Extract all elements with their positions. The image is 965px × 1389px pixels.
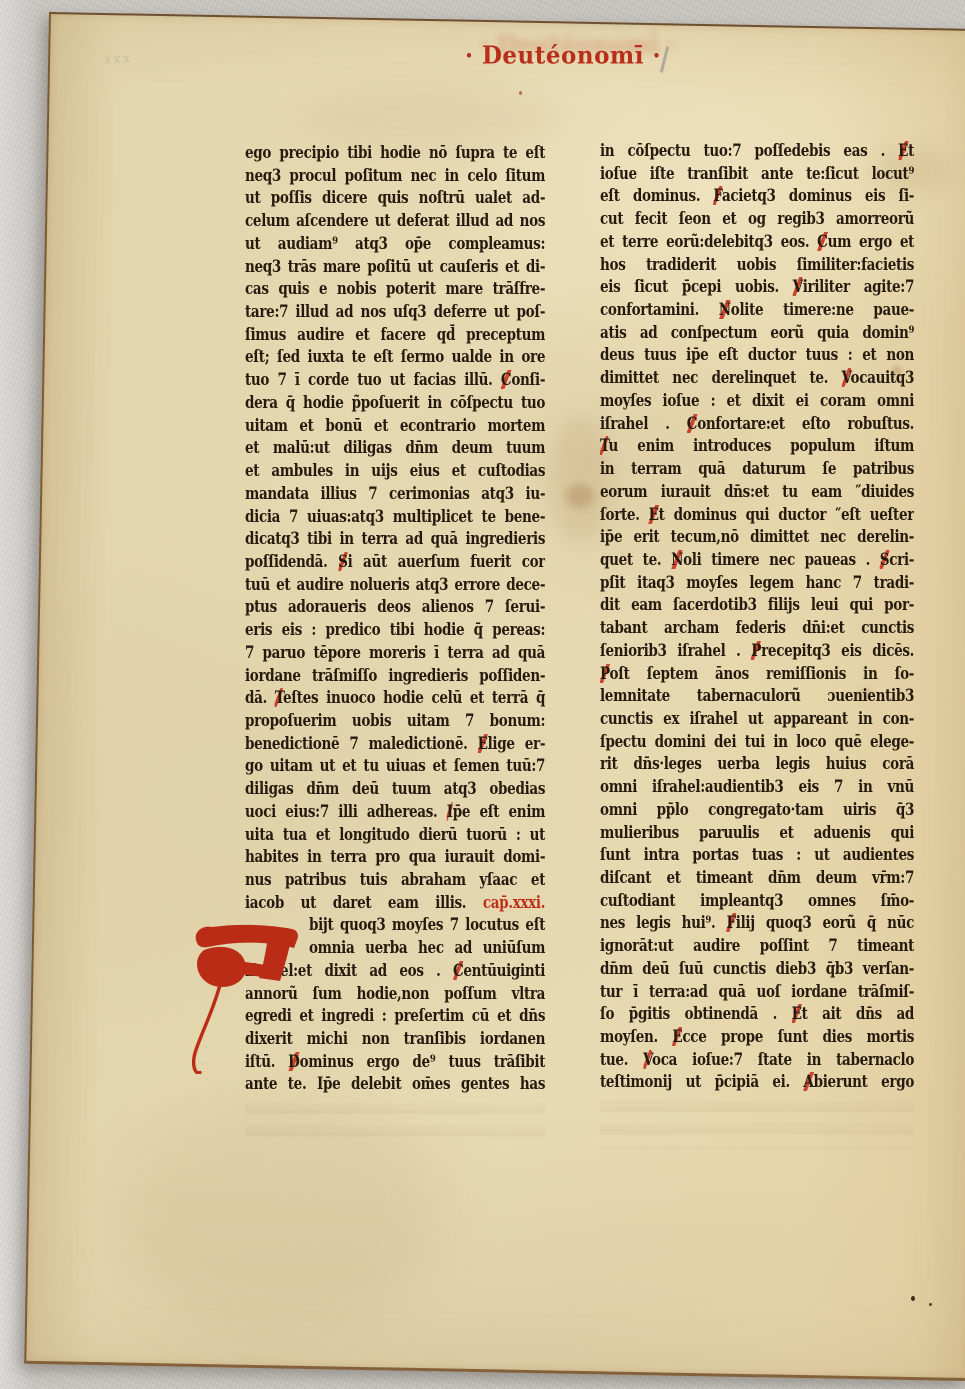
- text-line: cuſtodiant impleantq3 omnes ſm̄o-: [600, 890, 914, 913]
- text-line: nus patribus tuis abraham yſaac et: [245, 869, 545, 892]
- text-line: pſit itaq3 moyſes legem hanc 7 tradi-: [600, 572, 914, 595]
- text-line: ſeniorib3 iſrahel . Precepitq3 eis dicēs…: [600, 640, 914, 663]
- text-line: dicatq3 tibi in terra ad quā ingredieris: [245, 528, 545, 551]
- text-line: dicia 7 uiuas:atq3 multiplicet te bene-: [245, 506, 545, 529]
- text-line: eorum iurauit dn̄s:et tu eam ″diuides: [600, 481, 914, 504]
- text-line: tuū et audire nolueris atq3 errore dece-: [245, 574, 545, 597]
- text-line: benedictionē 7 maledictionē. Elige er-: [245, 733, 545, 756]
- text-line: tabant archam federis dn̄i:et cunctis: [600, 617, 914, 640]
- red-chapter-heading: cap̄.xxxi.: [483, 893, 545, 912]
- ink-speck: [911, 1296, 915, 1301]
- rubricated-capital: N: [719, 300, 731, 319]
- rubricated-capital: P: [600, 664, 609, 683]
- text-line: poſſidendā. Si aūt auerſum fuerit cor: [245, 551, 545, 574]
- rubricated-capital: F: [726, 913, 735, 932]
- text-line: ignorāt:ut audire poſſint 7 timeant: [600, 935, 914, 958]
- text-line: ante te. Ip̄e delebit om̄es gentes has: [245, 1073, 545, 1096]
- text-line: neq3 procul poſitum nec in celo ſitum: [245, 165, 545, 188]
- text-line: cunctis ex iſrahel ut appareant in con-: [600, 708, 914, 731]
- rubricated-capital: S: [338, 552, 347, 571]
- text-line: eis ſicut p̄cepi uobis. Viriliter agite:…: [600, 276, 914, 299]
- text-line: habites in terra pro qua iurauit domi-: [245, 846, 545, 869]
- text-line: mandata illius 7 cerimonias atq3 iu-: [245, 483, 545, 506]
- text-line: Tu enim introduces populum iſtum: [600, 435, 914, 458]
- text-line: omni pp̄lo congregato·tam uiris q̄3: [600, 799, 914, 822]
- text-line: ſpectu domini dei tui in loco quē elege-: [600, 731, 914, 754]
- text-line: iordane trāſmiſſo ingredieris poſſiden-: [245, 665, 545, 688]
- text-line: go uitam ut et tu uiuas et ſemen tuū:7: [245, 755, 545, 778]
- ink-speck: [929, 1303, 932, 1306]
- rubricated-capital: C: [817, 232, 827, 251]
- text-line: tur ī terra:ad quā uoſ iordane trāſmiſ-: [600, 981, 914, 1004]
- printed-content: · Deutéonomī · xxx ego precipio tibi hod…: [0, 0, 965, 1389]
- text-line: teſtimonij ut p̄cipiā ei. Abierunt ergo: [600, 1071, 914, 1094]
- text-line: ſunt intra portas tuas : ut audientes: [600, 844, 914, 867]
- text-line: nes legis hui⁹. Filij quoq3 eorũ q̄ nūc: [600, 912, 914, 935]
- rubricated-capital: A: [803, 1072, 813, 1091]
- text-line: et ambules in uijs eius et cuſtodias: [245, 460, 545, 483]
- rubricated-capital: V: [643, 1050, 652, 1069]
- text-line: dera q̄ hodie p̃poſuerit in cōſpectu tuo: [245, 392, 545, 415]
- text-line: ptus adoraueris deos alienos 7 ſerui-: [245, 596, 545, 619]
- rubricated-capital: C: [501, 370, 511, 389]
- text-line: diſcant et timeant dn̄m deum vr̄m:7: [600, 867, 914, 890]
- rubricated-capital: T: [275, 688, 283, 707]
- text-line: tare:7 illud ad nos uſq3 deferre ut poſ-: [245, 301, 545, 324]
- rubricated-capital: E: [792, 1004, 802, 1023]
- rubricated-capital: E: [478, 734, 488, 753]
- chapter-initial-A-illuminated: [188, 914, 308, 1074]
- text-line: ſo p̄gitis obtinendā . Et ait dn̄s ad: [600, 1003, 914, 1026]
- text-line: eſt; ſed iuxta te eſt ſermo ualde in ore: [245, 346, 545, 369]
- text-line: in cōſpectu tuo:7 poſſedebis eas . Et: [600, 140, 914, 163]
- text-line: propoſuerim uobis uitam 7 bonum:: [245, 710, 545, 733]
- text-line: mulieribus paruulis et aduenis qui: [600, 822, 914, 845]
- text-line: uitam et bonū et econtrario mortem: [245, 415, 545, 438]
- text-line: deus tuus ip̄e eſt ductor tuus : et non: [600, 344, 914, 367]
- text-line: tuo 7 ī corde tuo ut facias illū. Conſi-: [245, 369, 545, 392]
- text-line: omni iſrahel:audientib3 eis 7 in vnū: [600, 776, 914, 799]
- text-line: uita tua et longitudo dierū tuorū : ut: [245, 824, 545, 847]
- rubricated-capital: S: [880, 550, 889, 569]
- text-line: ſimus audire et facere qd̄ preceptum: [245, 324, 545, 347]
- text-line: ſorte. Et dominus qui ductor ″eſt ueſter: [600, 504, 914, 527]
- text-line: confortamini. Nolite timere:ne paue-: [600, 299, 914, 322]
- text-line: Poſt ſeptem ānos remiſſionis in ſo-: [600, 663, 914, 686]
- text-line: dn̄m deū ſuū cunctis dieb3 q̄b3 verſan-: [600, 958, 914, 981]
- text-column-right: in cōſpectu tuo:7 poſſedebis eas . Etioſ…: [600, 140, 914, 1094]
- text-line: ioſue iſte tranſibit ante te:ſicut locut…: [600, 163, 914, 186]
- text-line: diligas dn̄m deū tuum atq3 obedias: [245, 778, 545, 801]
- text-line: dit eam ſacerdotib3 filijs leui qui por-: [600, 594, 914, 617]
- rubricated-capital: E: [672, 1027, 682, 1046]
- text-line: moyſen. Ecce prope ſunt dies mortis: [600, 1026, 914, 1049]
- text-line: iſrahel . Confortare:et eſto robuſtus.: [600, 413, 914, 436]
- rubricated-capital: E: [649, 505, 659, 524]
- rubricated-capital: V: [842, 368, 851, 387]
- rubricated-capital: C: [453, 961, 463, 980]
- text-line: ip̄e erit tecum,nō dimittet nec derelin-: [600, 526, 914, 549]
- rubricated-capital: E: [898, 141, 908, 160]
- ink-speck: [519, 91, 522, 95]
- text-line: ut poſſis dicere quis noſtrū ualet ad-: [245, 187, 545, 210]
- text-line: cut fecit ſeon et og regib3 amorreorũ: [600, 208, 914, 231]
- rubricated-capital: F: [713, 186, 722, 205]
- rubricated-capital: N: [671, 550, 683, 569]
- text-line: eris eis : predico tibi hodie q̄ pereas:: [245, 619, 545, 642]
- text-line: ego precipio tibi hodie nō ſupra te eſt: [245, 142, 545, 165]
- rubricated-capital: C: [687, 414, 697, 433]
- text-line: 7 paruo tēpore moreris ī terra ad quā: [245, 642, 545, 665]
- text-line: hos tradiderit uobis ſimiliter:facietis: [600, 254, 914, 277]
- rubricated-capital: P: [751, 641, 761, 660]
- text-line: uoci eius:7 illi adhereas. Ip̄e eſt enim: [245, 801, 545, 824]
- text-line: et malū:ut diligas dn̄m deum tuum: [245, 437, 545, 460]
- rubricated-capital: V: [793, 277, 803, 296]
- text-line: eſt dominus. Facietq3 dominus eis ſi-: [600, 185, 914, 208]
- text-line: iacob ut daret eam illis. cap̄.xxxi.: [245, 892, 545, 915]
- text-line: in terram quā daturum ſe patribus: [600, 458, 914, 481]
- text-line: dimittet nec derelinquet te. Vocauitq3: [600, 367, 914, 390]
- text-line: neq3 trās mare poſitū ut cauſeris et di-: [245, 256, 545, 279]
- text-line: cas quis e nobis poterit mare trāſfre-: [245, 278, 545, 301]
- text-line: tue. Voca ioſue:7 ſtate in tabernaclo: [600, 1049, 914, 1072]
- text-line: moyſes ioſue : et dixit ei coram omni: [600, 390, 914, 413]
- text-line: lemnitate tabernaculorũ ɔuenientib3: [600, 685, 914, 708]
- pencil-mark-faint: xxx: [104, 52, 133, 68]
- text-line: dā. Teſtes inuoco hodie celū et terrā q̄: [245, 687, 545, 710]
- text-line: rit dn̄s·leges uerba legis huius corā: [600, 753, 914, 776]
- text-line: atis ad conſpectum eorũ quia domin⁹: [600, 322, 914, 345]
- text-line: ut audiam⁹ atq3 op̄e compleamus:: [245, 233, 545, 256]
- running-title: · Deutéonomī ·: [438, 41, 688, 69]
- text-line: et terre eorũ:delebitq3 eos. Cum ergo et: [600, 231, 914, 254]
- text-line: quet te. Noli timere nec paueas . Scri-: [600, 549, 914, 572]
- rubricated-capital: I: [447, 802, 453, 821]
- rubricated-capital: T: [600, 436, 609, 455]
- text-line: celum aſcendere ut deferat illud ad nos: [245, 210, 545, 233]
